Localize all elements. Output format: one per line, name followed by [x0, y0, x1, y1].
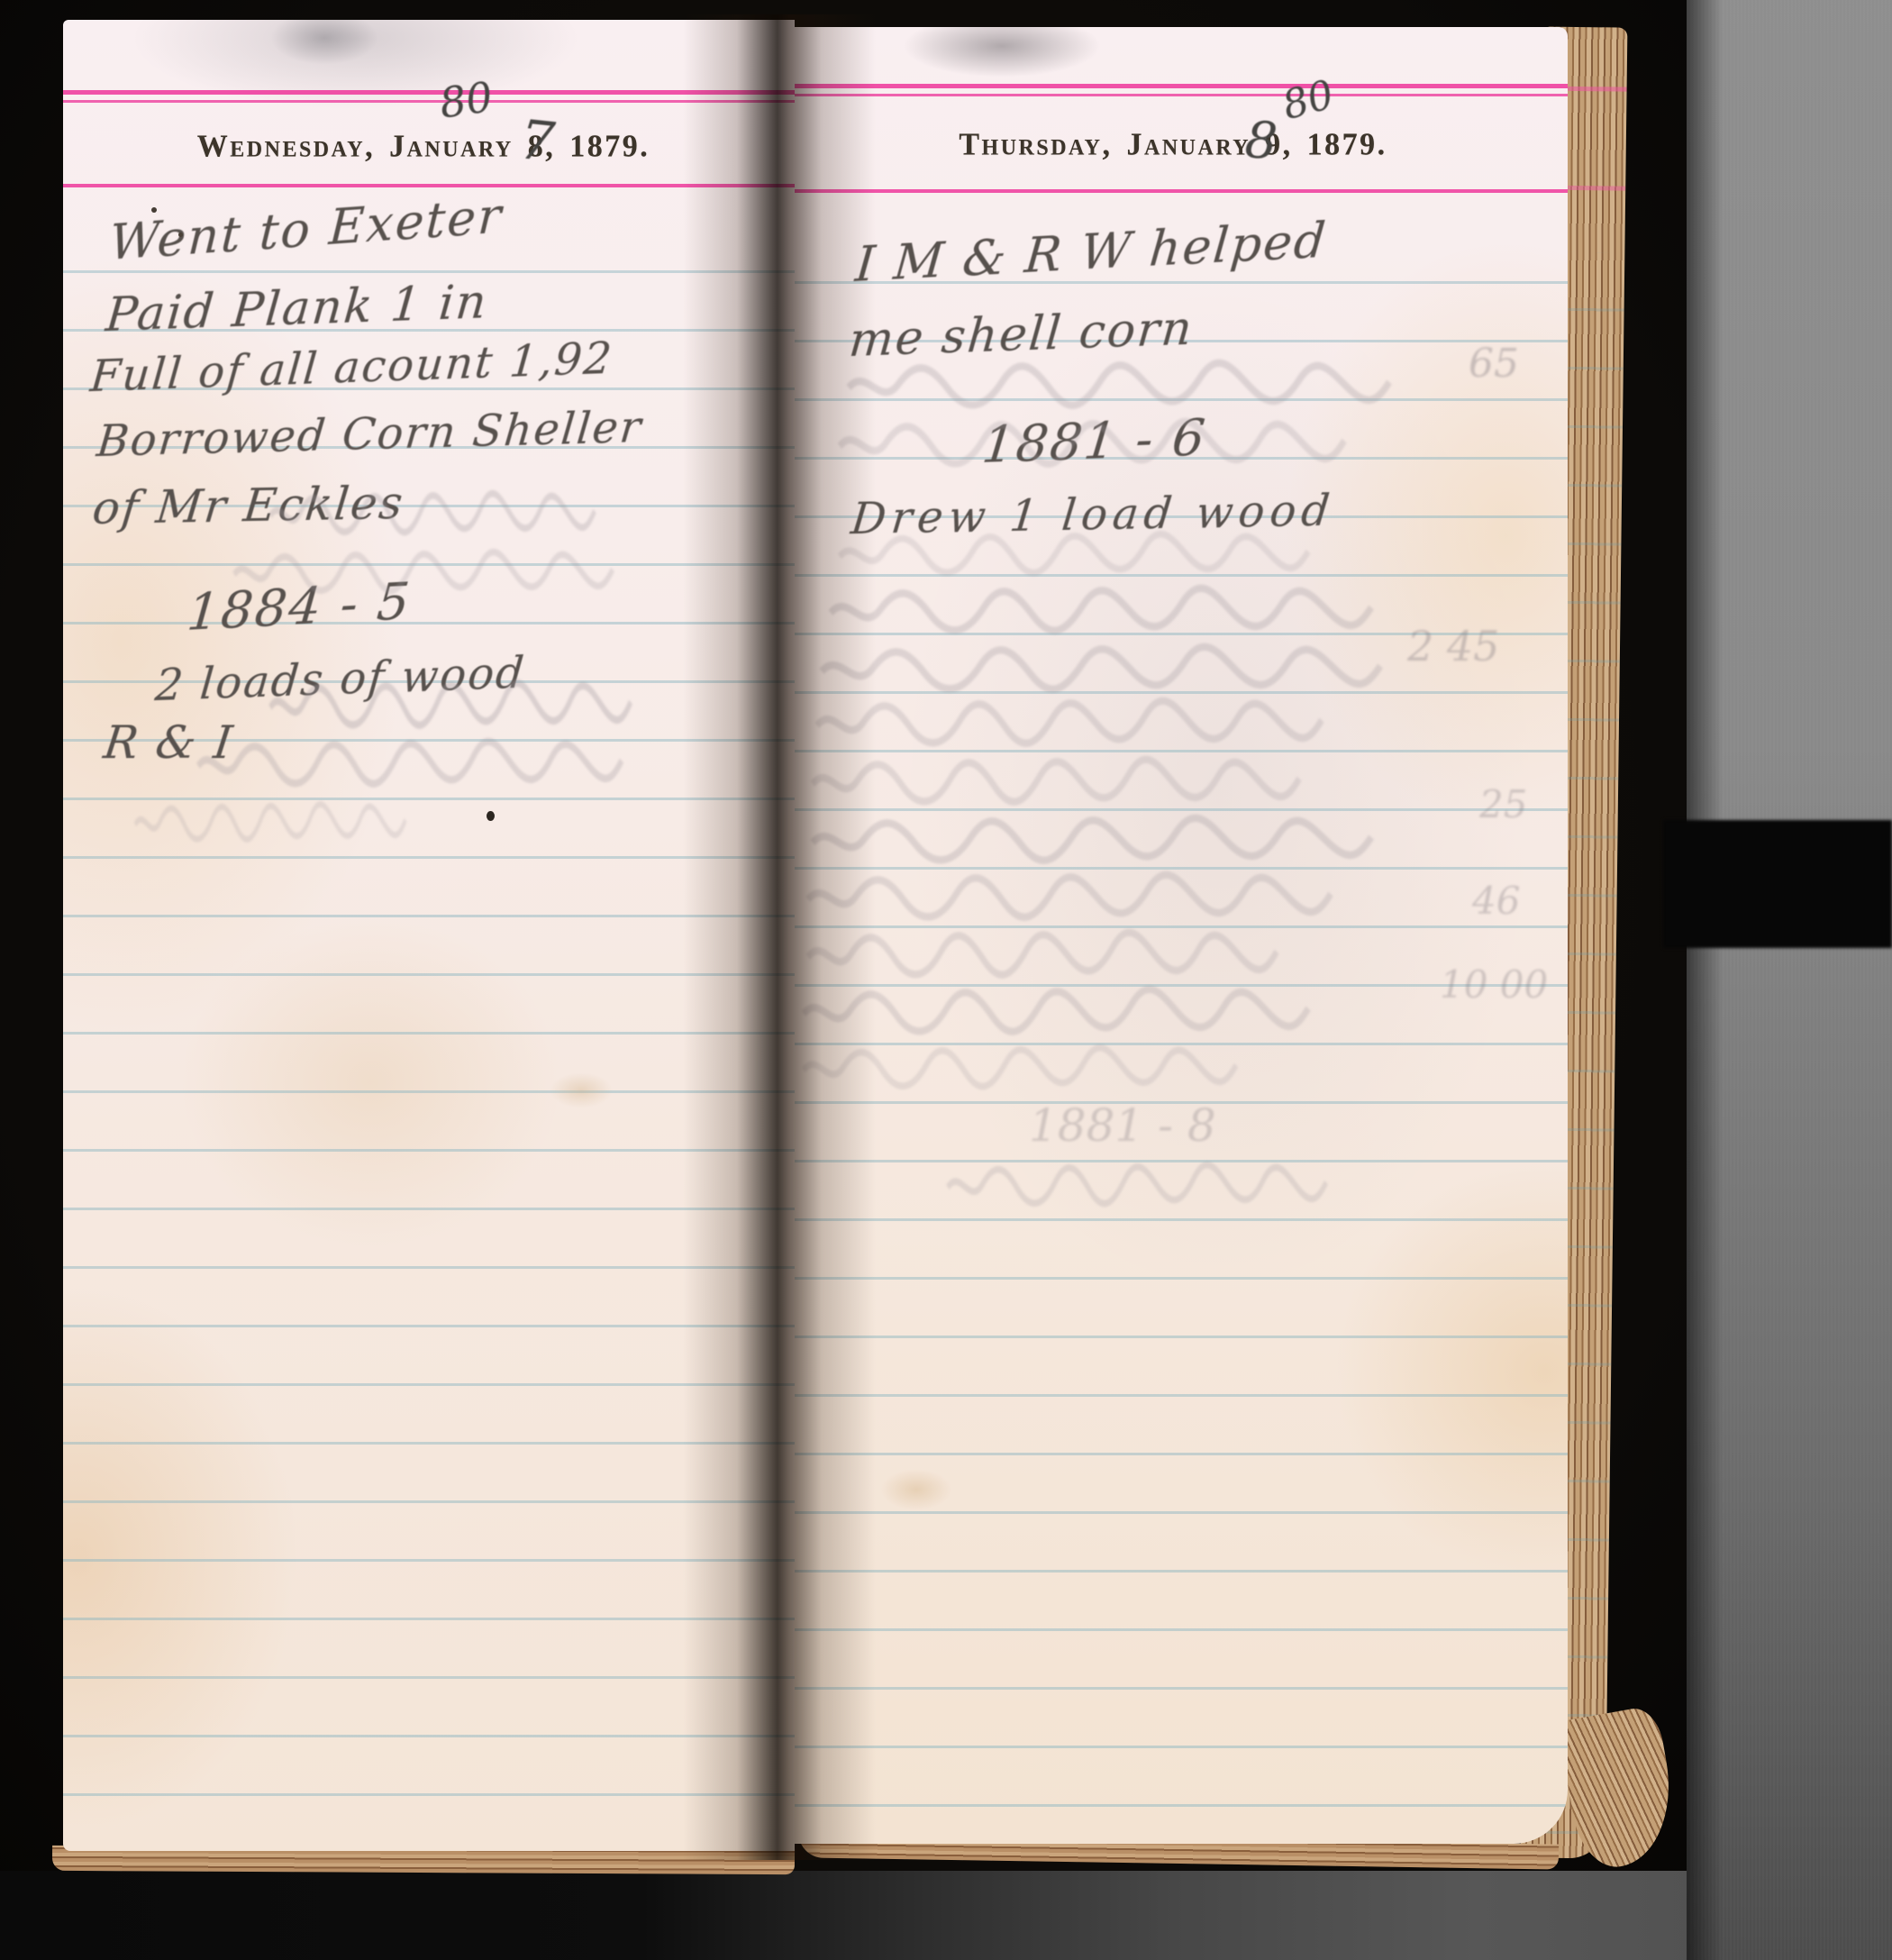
ghost-amount: 65 [1469, 341, 1519, 387]
ghost-writing-squiggle [135, 802, 405, 847]
ghost-writing-squiggle [840, 419, 1344, 473]
ghost-writing-squiggle [813, 816, 1371, 870]
ghost-memo: 1881 - 8 [1029, 1099, 1216, 1152]
scan-smudge [270, 20, 378, 65]
pink-rule [63, 90, 795, 95]
left-page-printed-date: Wednesday, January 8, 1879. [81, 129, 766, 165]
ghost-amount: 25 [1479, 782, 1527, 826]
handwritten-line: Paid Plank 1 in [104, 275, 490, 342]
pink-rule [63, 184, 795, 187]
ghost-writing-squiggle [831, 586, 1371, 640]
ghost-amount: 46 [1472, 879, 1520, 923]
ghost-writing-squiggle [804, 1045, 1236, 1095]
handwritten-day-correction: 7 [516, 108, 557, 175]
ghost-writing-squiggle [270, 491, 595, 541]
ghost-writing-squiggle [813, 757, 1299, 811]
pink-rule [795, 84, 1568, 88]
ghost-writing-squiggle [234, 550, 613, 599]
ghost-writing-squiggle [840, 532, 1308, 581]
right-page: Thursday, January 9, 1879. I M & R W hel… [795, 27, 1568, 1844]
ghost-writing-squiggle [270, 680, 631, 734]
handwritten-line: Full of all acount 1,92 [88, 333, 615, 402]
scanner-shadow [0, 1871, 1892, 1960]
ghost-writing-squiggle [849, 360, 1389, 415]
ghost-writing-squiggle [198, 739, 622, 793]
handwritten-line: Went to Exeter [108, 187, 505, 271]
pink-rule [795, 189, 1568, 193]
ink-speck [151, 207, 157, 213]
scan-smudge [903, 27, 1101, 77]
left-page: Wednesday, January 8, 1879. Went to Exet… [63, 20, 795, 1851]
handwritten-day-correction: 8 [1243, 111, 1279, 171]
ghost-writing-squiggle [808, 930, 1277, 984]
right-page-printed-date: Thursday, January 9, 1879. [831, 127, 1515, 163]
handwritten-line: Borrowed Corn Sheller [95, 402, 645, 467]
ink-speck [487, 811, 495, 821]
pink-rule [63, 100, 795, 103]
ghost-writing-squiggle [808, 872, 1331, 926]
ghost-writing-squiggle [817, 698, 1322, 752]
handwritten-line: me shell corn [847, 301, 1196, 368]
handwritten-line: I M & R W helped [853, 211, 1330, 293]
age-stain [880, 1469, 952, 1510]
handwritten-year-correction: 80 [437, 72, 496, 128]
ghost-writing-squiggle [822, 644, 1380, 698]
bookmark-strap [1663, 820, 1892, 948]
ink-speck [178, 232, 183, 237]
pink-rule [795, 94, 1568, 96]
age-stain [550, 1072, 613, 1108]
ghost-amount: 2 45 [1407, 622, 1499, 670]
scanner-background [1687, 0, 1892, 1960]
diary-scan: Wednesday, January 8, 1879. Went to Exet… [0, 0, 1892, 1960]
ghost-amount: 10 00 [1440, 962, 1548, 1007]
ghost-writing-squiggle [804, 987, 1308, 1041]
ghost-writing-squiggle [948, 1162, 1326, 1212]
